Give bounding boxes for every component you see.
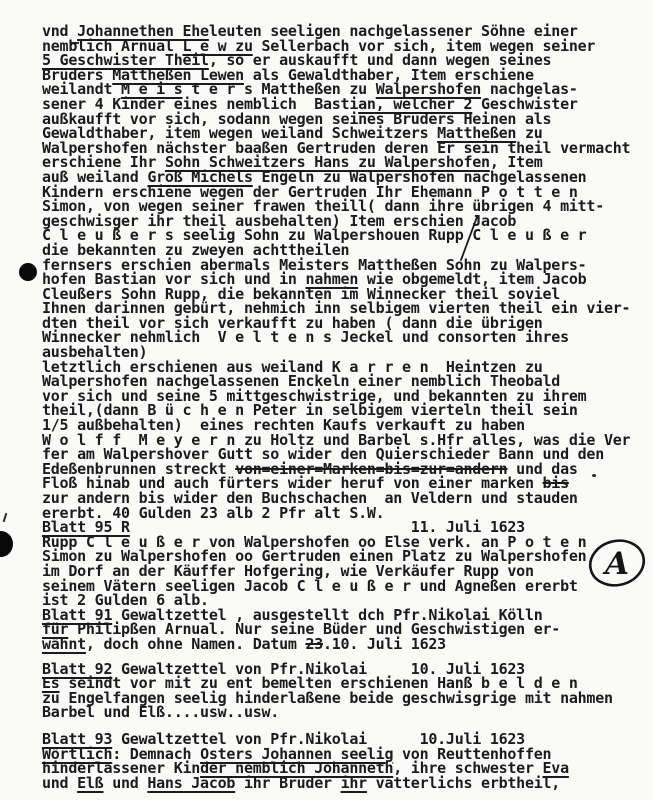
document-page: vnd Johannethen Eheleuten seeligen nachg…: [0, 0, 653, 800]
text-line: und Elß und Hans Jacob ihr Bruder ihr va…: [42, 776, 651, 791]
entry-lew-walpershofen: vnd Johannethen Eheleuten seeligen nachg…: [42, 24, 651, 520]
handwritten-circled-a: A: [586, 536, 650, 592]
blatt-91: Blatt 91 Gewaltzettel , ausgestellt dch …: [42, 608, 651, 652]
text-line: Barbel und Elß....usw..usw.: [42, 705, 651, 720]
text-run: Barbel und Elß....usw..usw.: [42, 703, 279, 721]
underlined-text: Hans Jacob: [147, 774, 235, 792]
text-line: wähnt, doch ohne Namen. Datum 23.10. Jul…: [42, 637, 651, 652]
text-run: , doch ohne Namen. Datum: [86, 635, 306, 653]
blatt-95r: Blatt 95 R 11. Juli 1623Rupp C l e u ß e…: [42, 520, 651, 608]
underlined-text: ihr: [341, 774, 367, 792]
pen-stroke-slash: [453, 213, 485, 265]
typewritten-text: vnd Johannethen Eheleuten seeligen nachg…: [42, 24, 651, 790]
text-run: und: [103, 774, 147, 792]
text-run: vatterlichs erbtheil,: [367, 774, 560, 792]
text-run: ihr Bruder: [235, 774, 340, 792]
struck-text: 23: [305, 635, 323, 653]
ink-speck: [3, 513, 8, 522]
blatt-93: Blatt 93 Gewaltzettel von Pfr.Nikolai 10…: [42, 732, 651, 790]
hole-punch-bottom: [0, 531, 13, 557]
text-run: und: [42, 774, 77, 792]
hole-punch-top: [19, 263, 37, 281]
underlined-text: Elß: [77, 774, 103, 792]
underlined-text: wähnt: [42, 635, 86, 653]
blatt-92: Blatt 92 Gewaltzettel von Pfr.Nikolai 10…: [42, 662, 651, 720]
text-run: .10. Juli 1623: [323, 635, 446, 653]
circled-letter: A: [602, 546, 629, 582]
